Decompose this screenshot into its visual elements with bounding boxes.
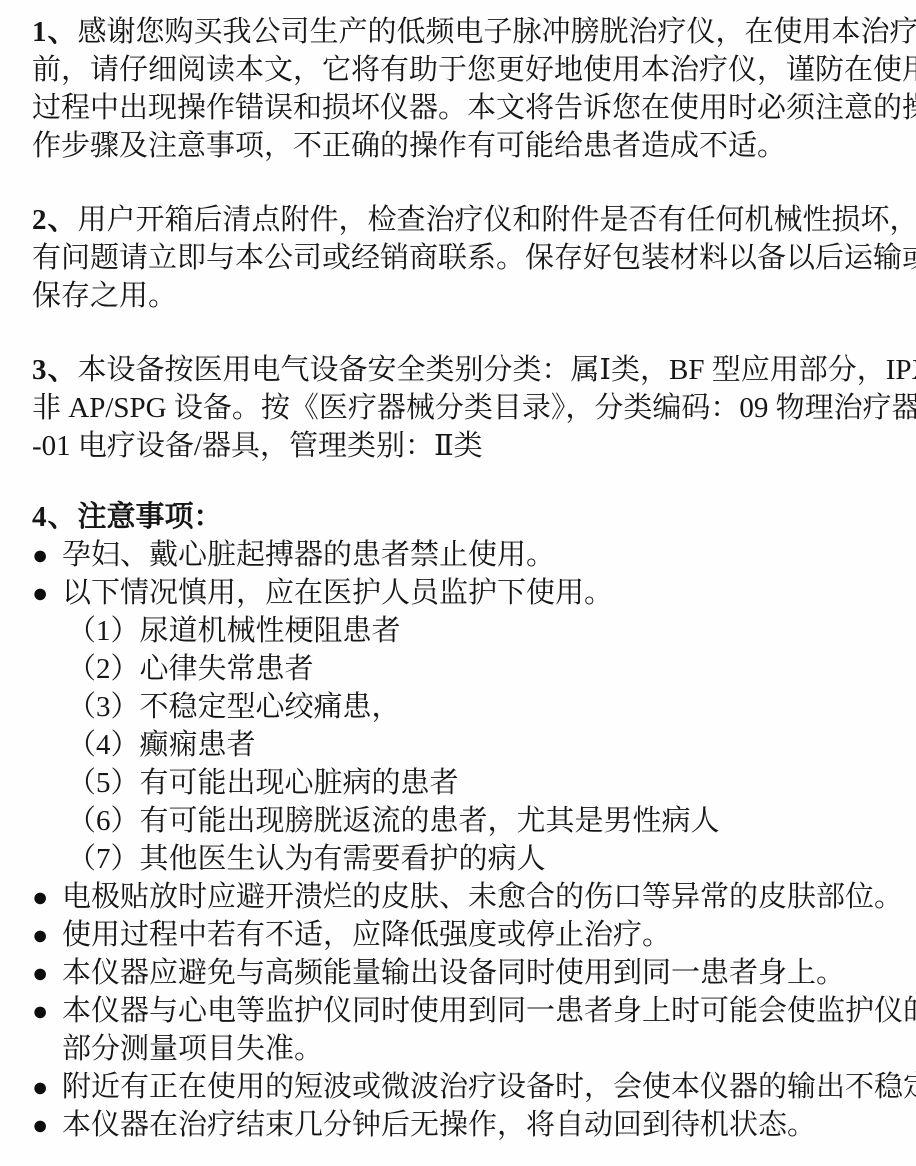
paragraph-text: 本设备按医用电气设备安全类别分类：属Ⅰ类，BF 型应用部分，IPX0 — [78, 354, 916, 386]
bullet-icon: ● — [32, 536, 62, 574]
precautions-heading: 4、注意事项： — [32, 498, 890, 536]
paragraph-text: 用户开箱后清点附件，检查治疗仪和附件是否有任何机械性损坏，如 — [78, 204, 916, 236]
paragraph-line: 作步骤及注意事项，不正确的操作有可能给患者造成不适。 — [32, 127, 890, 165]
bullet-text: 电极贴放时应避开溃烂的皮肤、未愈合的伤口等异常的皮肤部位。 — [62, 878, 903, 916]
classification-paragraph: 3、本设备按医用电气设备安全类别分类：属Ⅰ类，BF 型应用部分，IPX0非 AP… — [32, 351, 890, 465]
paragraph-line: 2、用户开箱后清点附件，检查治疗仪和附件是否有任何机械性损坏，如 — [32, 201, 890, 239]
bullet-line: 孕妇、戴心脏起搏器的患者禁止使用。 — [62, 536, 890, 574]
intro-paragraph: 1、感谢您购买我公司生产的低频电子脉冲膀胱治疗仪，在使用本治疗仪前，请仔细阅读本… — [32, 13, 890, 165]
bullet-line: 本仪器在治疗结束几分钟后无操作，将自动回到待机状态。 — [62, 1106, 890, 1144]
bullet-text: 以下情况慎用，应在医护人员监护下使用。 — [62, 574, 890, 612]
paragraph-text: 感谢您购买我公司生产的低频电子脉冲膀胱治疗仪，在使用本治疗仪 — [78, 16, 916, 48]
paragraph-line: 过程中出现操作错误和损坏仪器。本文将告诉您在使用时必须注意的操 — [32, 89, 890, 127]
bullet-icon: ● — [32, 1106, 62, 1144]
sub-item-2: （2）心律失常患者 — [32, 650, 890, 688]
bullet-icon: ● — [32, 916, 62, 954]
section-number: 2、 — [32, 204, 78, 236]
bullet-icon: ● — [32, 954, 62, 992]
bullet-text: 孕妇、戴心脏起搏器的患者禁止使用。 — [62, 536, 890, 574]
bullet-text: 附近有正在使用的短波或微波治疗设备时，会使本仪器的输出不稳定。 — [62, 1068, 916, 1106]
notice-shortwave-interference: ●附近有正在使用的短波或微波治疗设备时，会使本仪器的输出不稳定。 — [32, 1068, 890, 1106]
sub-item-5: （5）有可能出现心脏病的患者 — [32, 764, 890, 802]
document-page: 1、感谢您购买我公司生产的低频电子脉冲膀胱治疗仪，在使用本治疗仪前，请仔细阅读本… — [0, 0, 916, 1166]
sub-item-3: （3）不稳定型心绞痛患， — [32, 688, 890, 726]
unboxing-paragraph: 2、用户开箱后清点附件，检查治疗仪和附件是否有任何机械性损坏，如有问题请立即与本… — [32, 201, 890, 315]
paragraph-line: 1、感谢您购买我公司生产的低频电子脉冲膀胱治疗仪，在使用本治疗仪 — [32, 13, 890, 51]
bullet-line: 本仪器应避免与高频能量输出设备同时使用到同一患者身上。 — [62, 954, 890, 992]
document-body: 1、感谢您购买我公司生产的低频电子脉冲膀胱治疗仪，在使用本治疗仪前，请仔细阅读本… — [32, 13, 890, 1144]
notice-electrode-placement: ●电极贴放时应避开溃烂的皮肤、未愈合的伤口等异常的皮肤部位。 — [32, 878, 890, 916]
bullet-line: 附近有正在使用的短波或微波治疗设备时，会使本仪器的输出不稳定。 — [62, 1068, 916, 1106]
notice-auto-standby: ●本仪器在治疗结束几分钟后无操作，将自动回到待机状态。 — [32, 1106, 890, 1144]
bullet-icon: ● — [32, 1068, 62, 1106]
sub-item-1: （1）尿道机械性梗阻患者 — [32, 612, 890, 650]
paragraph-line: -01 电疗设备/器具，管理类别：Ⅱ类 — [32, 427, 890, 465]
bullet-line: 电极贴放时应避开溃烂的皮肤、未愈合的伤口等异常的皮肤部位。 — [62, 878, 903, 916]
section-number: 3、 — [32, 354, 78, 386]
notice-pregnant-pacemaker: ●孕妇、戴心脏起搏器的患者禁止使用。 — [32, 536, 890, 574]
paragraph-line: 有问题请立即与本公司或经销商联系。保存好包装材料以备以后运输或 — [32, 239, 890, 277]
notice-high-frequency: ●本仪器应避免与高频能量输出设备同时使用到同一患者身上。 — [32, 954, 890, 992]
bullet-line: 以下情况慎用，应在医护人员监护下使用。 — [62, 574, 890, 612]
bullet-icon: ● — [32, 574, 62, 612]
section-number: 1、 — [32, 16, 78, 48]
paragraph-line: 3、本设备按医用电气设备安全类别分类：属Ⅰ类，BF 型应用部分，IPX0 — [32, 351, 890, 389]
bullet-line: 本仪器与心电等监护仪同时使用到同一患者身上时可能会使监护仪的 — [62, 992, 916, 1030]
bullet-line: 使用过程中若有不适，应降低强度或停止治疗。 — [62, 916, 890, 954]
bullet-text: 本仪器在治疗结束几分钟后无操作，将自动回到待机状态。 — [62, 1106, 890, 1144]
sub-item-4: （4）癫痫患者 — [32, 726, 890, 764]
bullet-line: 部分测量项目失准。 — [62, 1030, 916, 1068]
bullet-icon: ● — [32, 992, 62, 1030]
bullet-icon: ● — [32, 878, 62, 916]
notice-ecg-monitor: ●本仪器与心电等监护仪同时使用到同一患者身上时可能会使监护仪的部分测量项目失准。 — [32, 992, 890, 1068]
sub-item-6: （6）有可能出现膀胱返流的患者，尤其是男性病人 — [32, 802, 890, 840]
heading-text: 注意事项： — [78, 501, 223, 533]
notice-discomfort: ●使用过程中若有不适，应降低强度或停止治疗。 — [32, 916, 890, 954]
bullet-text: 本仪器应避免与高频能量输出设备同时使用到同一患者身上。 — [62, 954, 890, 992]
paragraph-line: 非 AP/SPG 设备。按《医疗器械分类目录》，分类编码：09 物理治疗器械 — [32, 389, 890, 427]
bullet-text: 使用过程中若有不适，应降低强度或停止治疗。 — [62, 916, 890, 954]
section-number: 4、 — [32, 501, 78, 533]
paragraph-line: 前，请仔细阅读本文，它将有助于您更好地使用本治疗仪，谨防在使用 — [32, 51, 890, 89]
notice-supervision: ●以下情况慎用，应在医护人员监护下使用。 — [32, 574, 890, 612]
paragraph-line: 保存之用。 — [32, 277, 890, 315]
bullet-text: 本仪器与心电等监护仪同时使用到同一患者身上时可能会使监护仪的部分测量项目失准。 — [62, 992, 916, 1068]
sub-item-7: （7）其他医生认为有需要看护的病人 — [32, 840, 890, 878]
